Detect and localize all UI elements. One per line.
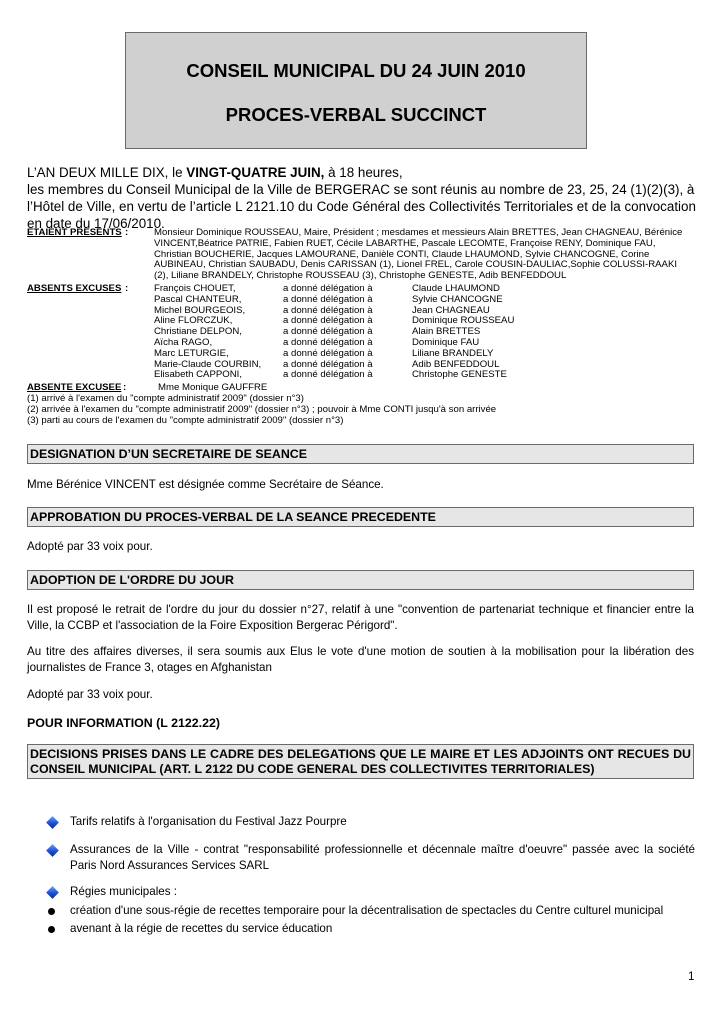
section-header-secretaire: DESIGNATION D’UN SECRETAIRE DE SEANCE	[27, 444, 694, 464]
diamond-bullet-icon	[47, 817, 58, 828]
absent-member-name: Marc LETURGIE,	[154, 349, 229, 360]
delegation-text: a donné délégation à	[283, 295, 373, 306]
intro-body: les membres du Conseil Municipal de la V…	[27, 182, 696, 231]
decision-item-text: Assurances de la Ville - contrat "respon…	[70, 842, 695, 873]
section-header-decisions: DECISIONS PRISES DANS LE CADRE DES DELEG…	[27, 744, 694, 779]
intro-paragraph: L’AN DEUX MILLE DIX, le VINGT-QUATRE JUI…	[27, 164, 697, 232]
delegate-name: Sylvie CHANCOGNE	[412, 295, 503, 306]
delegation-text: a donné délégation à	[283, 349, 373, 360]
absent-member-name: Elisabeth CAPPONI,	[154, 370, 242, 381]
absent-member-name: Pascal CHANTEUR,	[154, 295, 241, 306]
intro-suffix: à 18 heures,	[324, 165, 402, 180]
document-title: CONSEIL MUNICIPAL DU 24 JUIN 2010	[126, 60, 586, 82]
intro-date-bold: VINGT-QUATRE JUIN,	[186, 165, 324, 180]
decision-item-text: Tarifs relatifs à l'organisation du Fest…	[70, 814, 695, 830]
document-subtitle: PROCES-VERBAL SUCCINCT	[126, 104, 586, 126]
footnotes: (1) arrivé à l'examen du "compte adminis…	[27, 394, 707, 426]
approbation-vote: Adopté par 33 voix pour.	[27, 539, 694, 555]
diamond-bullet-icon	[47, 845, 58, 856]
document-title-box: CONSEIL MUNICIPAL DU 24 JUIN 2010 PROCES…	[125, 32, 587, 149]
delegate-name: Christophe GENESTE	[412, 370, 507, 381]
ordre-paragraph-2: Au titre des affaires diverses, il sera …	[27, 644, 694, 675]
section-header-approbation: APPROBATION DU PROCES-VERBAL DE LA SEANC…	[27, 507, 694, 527]
section-header-ordre-du-jour: ADOPTION DE L'ORDRE DU JOUR	[27, 570, 694, 590]
delegate-name: Liliane BRANDELY	[412, 349, 493, 360]
footnote: (2) arrivée à l'examen du "compte admini…	[27, 405, 707, 416]
decision-item-text: avenant à la régie de recettes du servic…	[70, 921, 695, 937]
page-number: 1	[688, 970, 694, 983]
bullet-dot-icon	[47, 906, 58, 917]
ordre-paragraph-1: Il est proposé le retrait de l'ordre du …	[27, 602, 694, 633]
absent-row: Marc LETURGIE,a donné délégation àLilian…	[27, 349, 707, 360]
absents-block: ABSENTS EXCUSES : François CHOUET,a donn…	[27, 284, 707, 381]
absents-table: François CHOUET,a donné délégation àClau…	[27, 284, 707, 381]
decision-item-text: Régies municipales :	[70, 884, 695, 900]
secretaire-text: Mme Bérénice VINCENT est désignée comme …	[27, 477, 694, 493]
absent-row: Elisabeth CAPPONI,a donné délégation àCh…	[27, 370, 707, 381]
absent-row: Pascal CHANTEUR,a donné délégation àSylv…	[27, 295, 707, 306]
footnote: (3) parti au cours de l'examen du "compt…	[27, 416, 707, 427]
presents-label: ETAIENT PRESENTS	[27, 228, 122, 239]
presents-line: VINCENT,Béatrice PATRIE, Fabien RUET, Cé…	[154, 239, 699, 250]
presents-line: (2), Liliane BRANDELY, Christophe ROUSSE…	[154, 271, 699, 282]
diamond-bullet-icon	[47, 887, 58, 898]
presents-names: Monsieur Dominique ROUSSEAU, Maire, Prés…	[154, 228, 699, 282]
decision-item-text: création d'une sous-régie de recettes te…	[70, 903, 695, 919]
presents-colon: :	[125, 228, 128, 239]
intro-prefix: L’AN DEUX MILLE DIX, le	[27, 165, 186, 180]
bullet-dot-icon	[47, 924, 58, 935]
ordre-vote: Adopté par 33 voix pour.	[27, 687, 694, 703]
pour-information-heading: POUR INFORMATION (L 2122.22)	[27, 716, 220, 730]
delegation-text: a donné délégation à	[283, 370, 373, 381]
